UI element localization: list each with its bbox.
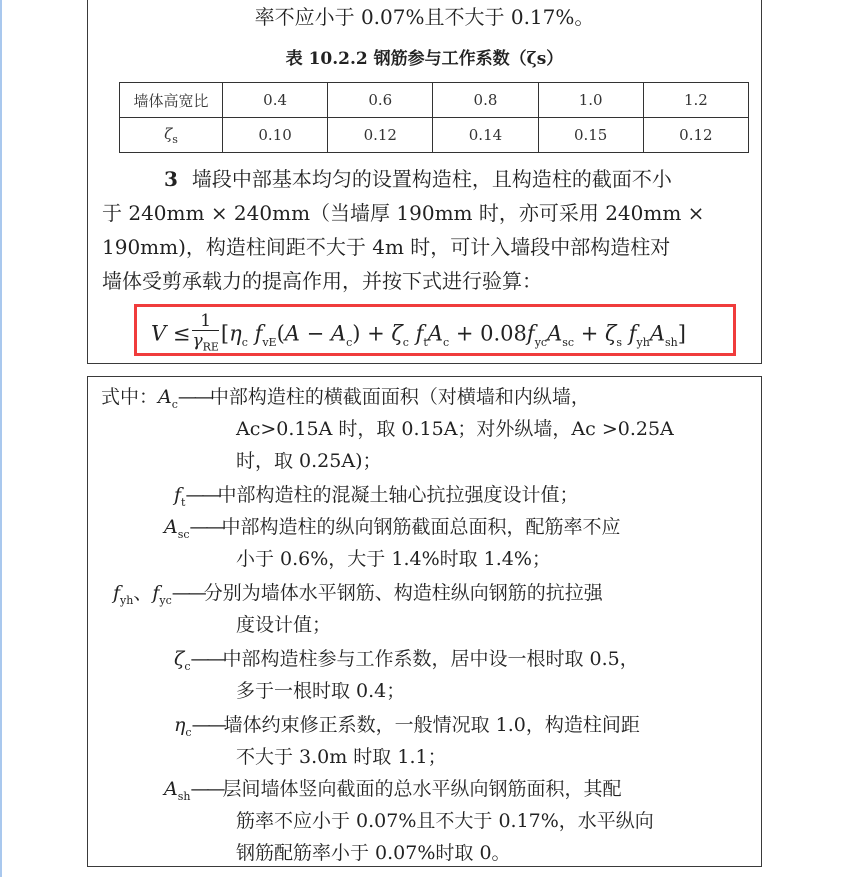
highlighted-formula-box: V ≤1γRE[ηc fvE(A − Ac) + ζc ftAc + 0.08f… bbox=[134, 304, 736, 356]
shear-capacity-formula: V ≤1γRE[ηc fvE(A − Ac) + ζc ftAc + 0.08f… bbox=[151, 313, 686, 357]
table-cell: 1.2 bbox=[643, 83, 748, 118]
table-cell: 0.4 bbox=[223, 83, 328, 118]
continuation-line: 率不应小于 0.07%且不大于 0.17%。 bbox=[88, 4, 761, 30]
table-cell: 0.14 bbox=[433, 118, 538, 153]
table-row: 墙体高宽比 0.4 0.6 0.8 1.0 1.2 bbox=[120, 83, 749, 118]
definition-line: 时，取 0.25A)； bbox=[236, 449, 381, 473]
paragraph-line: 墙体受剪承载力的提高作用，并按下式进行验算： bbox=[102, 268, 542, 294]
definition-line: 钢筋配筋率小于 0.07%时取 0。 bbox=[236, 841, 511, 865]
paragraph-line: 于 240mm × 240mm（当墙厚 190mm 时，亦可采用 240mm × bbox=[102, 200, 704, 226]
table-cell: 0.10 bbox=[223, 118, 328, 153]
table-cell: 0.15 bbox=[538, 118, 643, 153]
table-title: 表 10.2.2 钢筋参与工作系数（ζs） bbox=[88, 46, 761, 72]
paragraph-line: 190mm)，构造柱间距不大于 4m 时，可计入墙段中部构造柱对 bbox=[102, 234, 670, 260]
table-row: ζs 0.10 0.12 0.14 0.15 0.12 bbox=[120, 118, 749, 153]
formula-fraction: 1γRE bbox=[192, 313, 218, 357]
definition-ac: 式中：Ac——中部构造柱的横截面面积（对横墙和内纵墙， bbox=[101, 385, 590, 417]
clause-number: 3 bbox=[164, 167, 178, 191]
table-cell: 0.12 bbox=[643, 118, 748, 153]
table-cell: 1.0 bbox=[538, 83, 643, 118]
definition-line: 筋率不应小于 0.07%且不大于 0.17%，水平纵向 bbox=[236, 809, 654, 833]
table-cell: 0.6 bbox=[328, 83, 433, 118]
definition-line: 不大于 3.0m 时取 1.1； bbox=[236, 745, 447, 769]
definition-line: Ac>0.15A 时，取 0.15A；对外纵墙，Ac >0.25A bbox=[236, 417, 674, 441]
table-cell: 0.8 bbox=[433, 83, 538, 118]
definition-line: 多于一根时取 0.4； bbox=[236, 679, 405, 703]
symbol-definitions-excerpt: 式中：Ac——中部构造柱的横截面面积（对横墙和内纵墙， Ac>0.15A 时，取… bbox=[87, 376, 762, 867]
top-page-excerpt: 率不应小于 0.07%且不大于 0.17%。 表 10.2.2 钢筋参与工作系数… bbox=[87, 0, 762, 364]
paragraph-line: 3墙段中部基本均匀的设置构造柱，且构造柱的截面不小 bbox=[102, 166, 672, 192]
definition-ft: ft——中部构造柱的混凝土轴心抗拉强度设计值； bbox=[174, 483, 578, 515]
row-header-zeta: ζs bbox=[120, 118, 223, 153]
definition-zeta-c: ζc——中部构造柱参与工作系数，居中设一根时取 0.5， bbox=[174, 647, 639, 679]
definition-eta-c: ηc——墙体约束修正系数，一般情况取 1.0，构造柱间距 bbox=[174, 713, 640, 745]
left-edge-rule bbox=[0, 0, 2, 877]
definition-line: 小于 0.6%，大于 1.4%时取 1.4%； bbox=[236, 547, 551, 571]
coefficient-table: 墙体高宽比 0.4 0.6 0.8 1.0 1.2 ζs 0.10 0.12 0… bbox=[119, 82, 749, 153]
row-header-ratio: 墙体高宽比 bbox=[120, 83, 223, 118]
definition-ash: Ash——层间墙体竖向截面的总水平纵向钢筋面积，其配 bbox=[164, 777, 621, 809]
formula-lhs: V ≤ bbox=[151, 322, 190, 346]
definition-line: 度设计值； bbox=[236, 613, 331, 637]
table-cell: 0.12 bbox=[328, 118, 433, 153]
definition-asc: Asc——中部构造柱的纵向钢筋截面总面积，配筋率不应 bbox=[164, 515, 621, 547]
definition-fyh-fyc: fyh、fyc——分别为墙体水平钢筋、构造柱纵向钢筋的抗拉强 bbox=[113, 581, 603, 613]
